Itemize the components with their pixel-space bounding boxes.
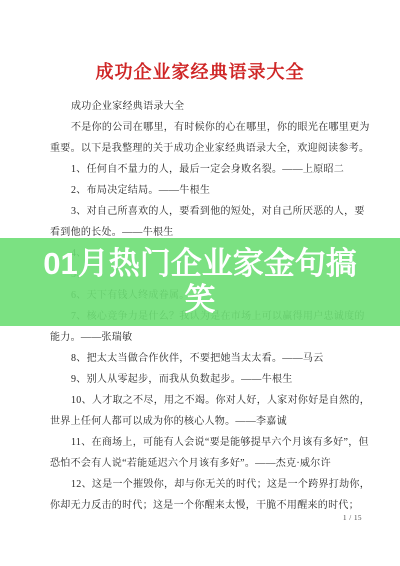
doc-line: 12、这是一个摧毁你，却与你无关的时代；这是一个跨界打劫你， <box>50 474 350 495</box>
doc-line: 不是你的公司在哪里，有时候你的心在哪里，你的眼光在哪里更为 <box>50 117 350 138</box>
doc-line: 世界上任何人都可以成为你的核心人物。——李嘉诚 <box>50 411 350 432</box>
doc-title: 成功企业家经典语录大全 <box>0 58 400 84</box>
doc-line: 成功企业家经典语录大全 <box>50 96 350 117</box>
doc-line: 8、把太太当做合作伙伴，不要把她当太太看。——马云 <box>50 348 350 369</box>
doc-line: 9、别人从零起步，而我从负数起步。——牛根生 <box>50 369 350 390</box>
overlay-banner-title: 01月热门企业家金句搞笑 <box>34 246 366 318</box>
doc-line: 你却无力反击的时代；这是一个你醒来太慢，干脆不用醒来的时代； <box>50 495 350 516</box>
doc-line: 3、对自己所喜欢的人，要看到他的短处，对自己所厌恶的人，要 <box>50 201 350 222</box>
document-page: 成功企业家经典语录大全 成功企业家经典语录大全 不是你的公司在哪里，有时候你的心… <box>0 0 400 566</box>
doc-line: 1、任何自不量力的人，最后一定会身败名裂。——上原昭二 <box>50 159 350 180</box>
doc-line: 2、布局决定结局。——牛根生 <box>50 180 350 201</box>
overlay-banner: 01月热门企业家金句搞笑 <box>0 238 400 326</box>
doc-line: 11、在商场上，可能有人会说“要是能够提早六个月该有多好”，但 <box>50 432 350 453</box>
page-number: 1 / 15 <box>343 514 362 523</box>
doc-line: 能力。——张瑞敏 <box>50 327 350 348</box>
doc-line: 恐怕不会有人说“若能延迟六个月该有多好”。——杰克·威尔许 <box>50 453 350 474</box>
doc-line: 重要。以下是我整理的关于成功企业家经典语录大全，欢迎阅读参考。 <box>50 138 350 159</box>
doc-line: 10、人才取之不尽，用之不竭。你对人好，人家对你好是自然的， <box>50 390 350 411</box>
